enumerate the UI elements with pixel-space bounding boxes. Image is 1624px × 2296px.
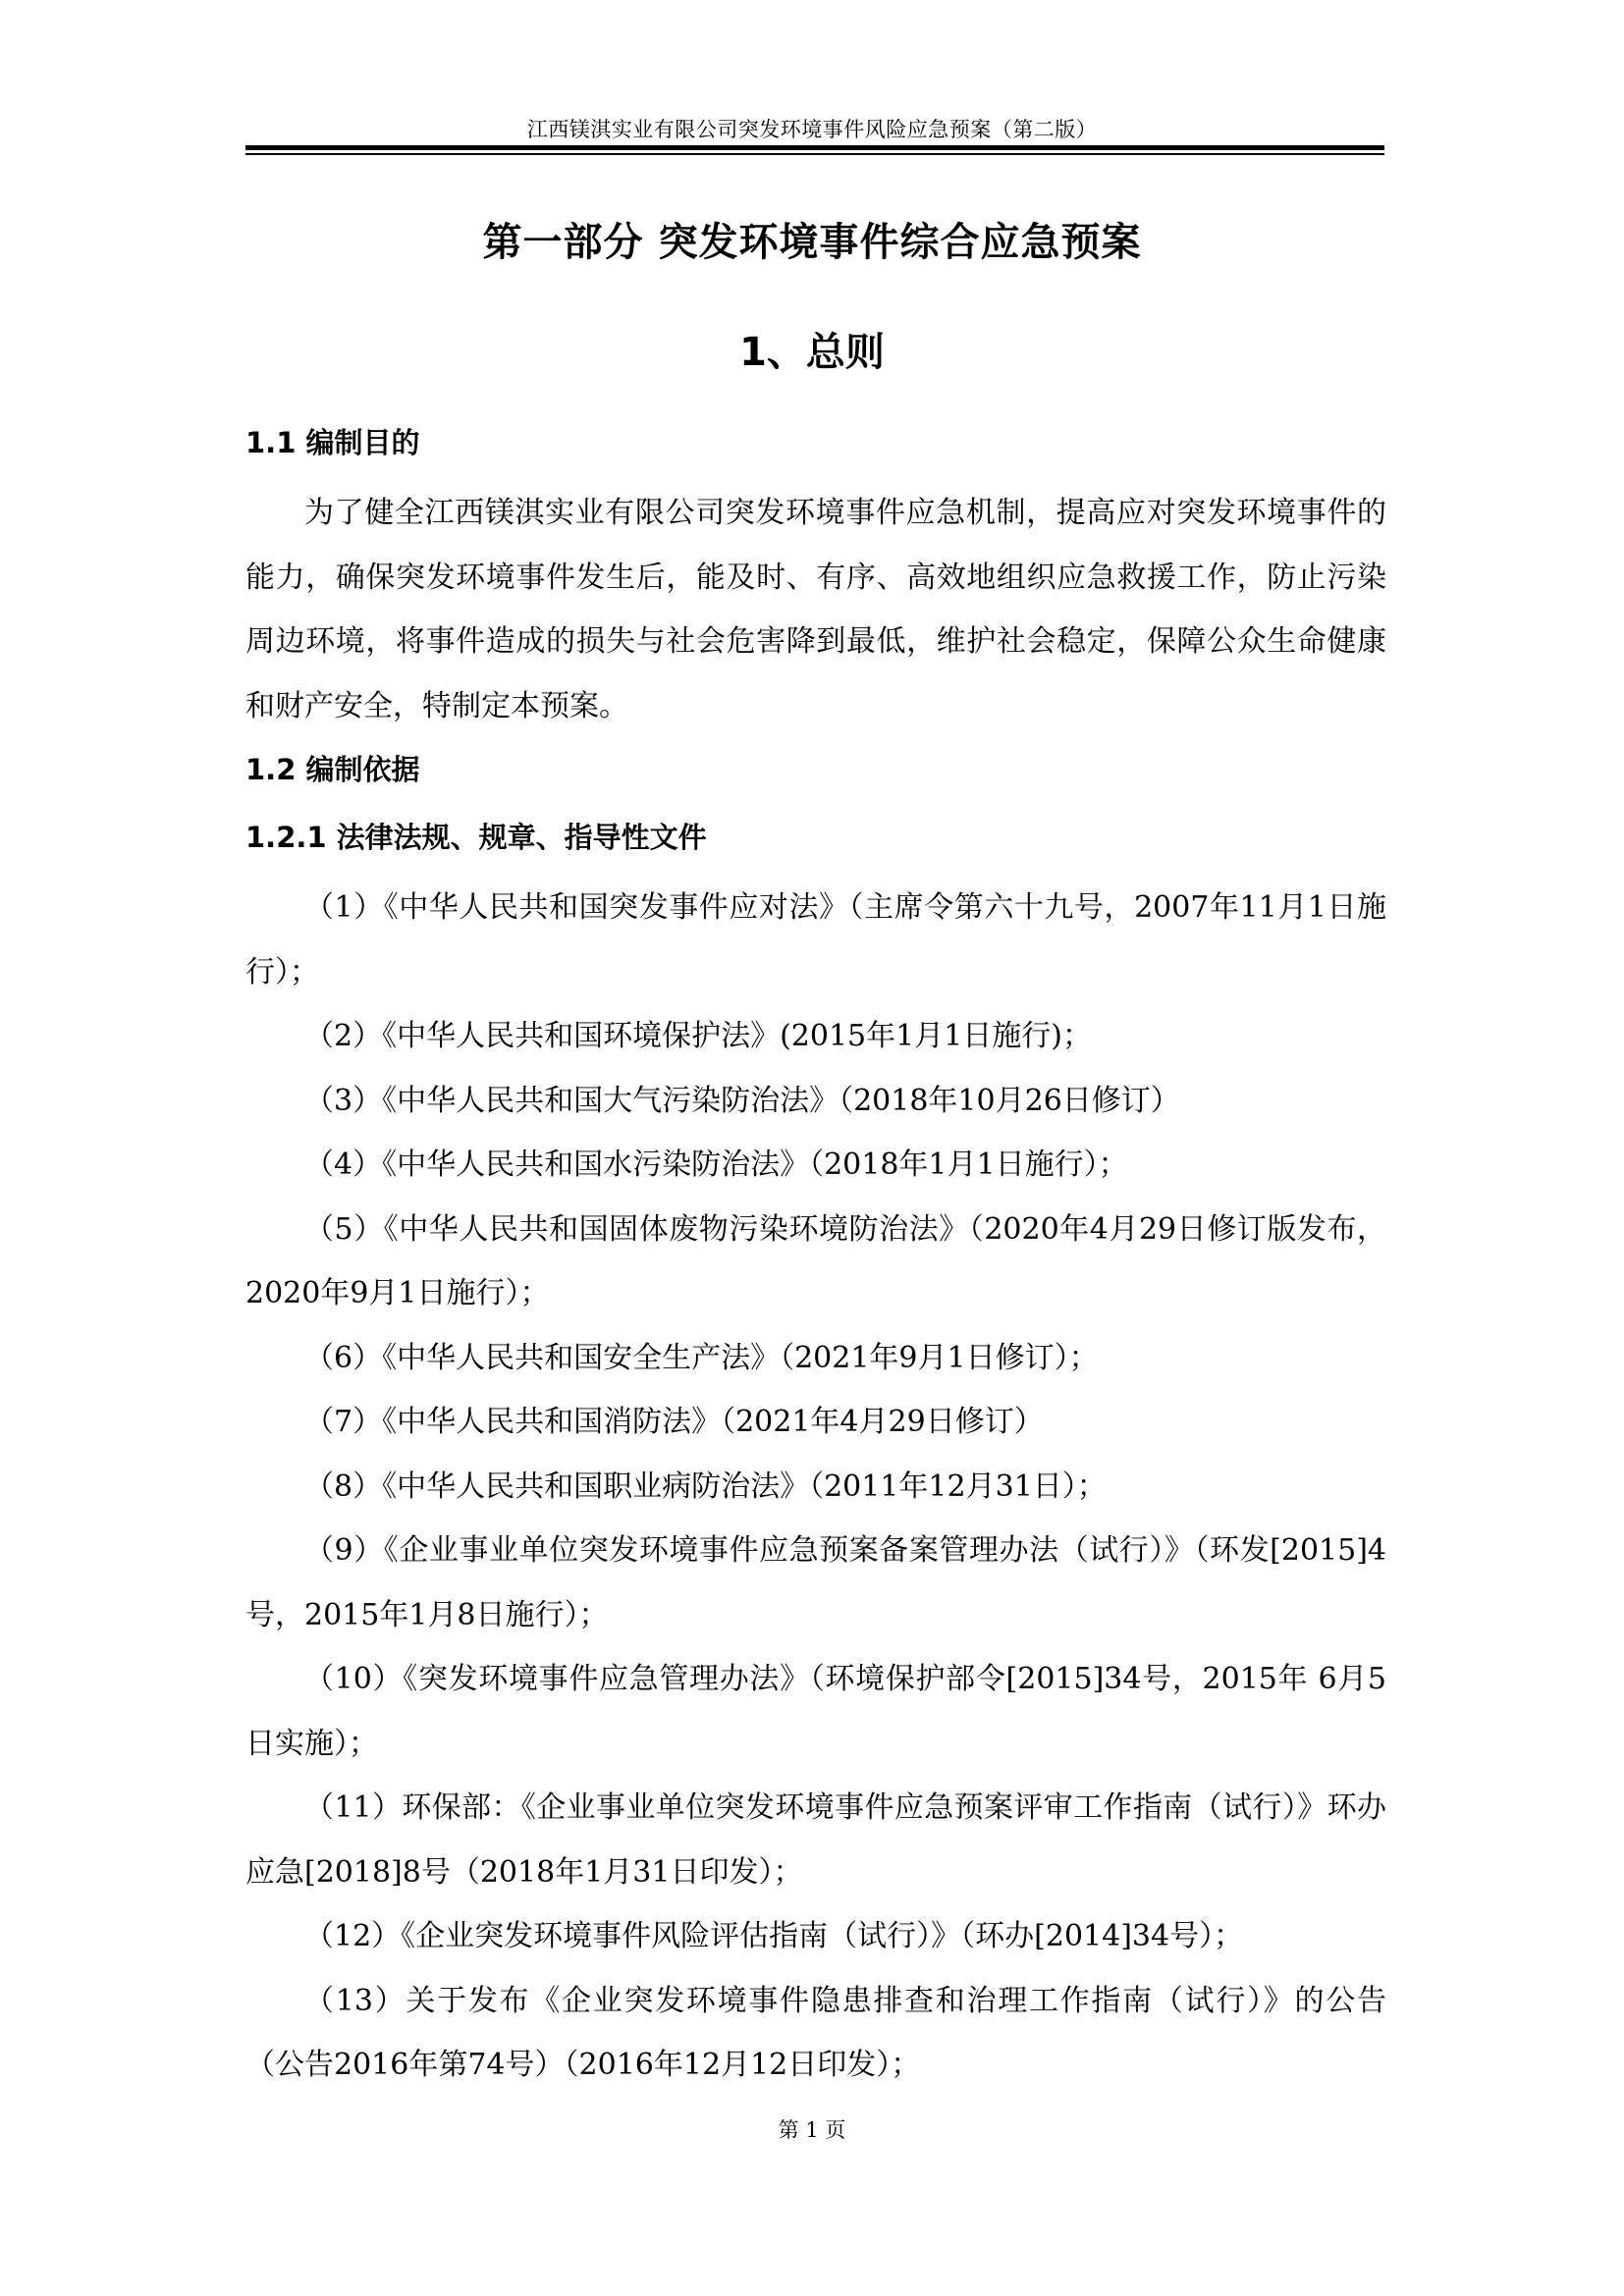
running-header: 江西镁淇实业有限公司突发环境事件风险应急预案（第二版） [0, 114, 1624, 143]
list-item: （4）《中华人民共和国水污染防治法》（2018年1月1日施行）； [245, 1133, 1386, 1198]
page-number: 第 1 页 [0, 2114, 1624, 2144]
section-heading-1-2-1: 1.2.1 法律法规、规章、指导性文件 [245, 812, 1386, 876]
list-item: （2）《中华人民共和国环境保护法》(2015年1月1日施行)； [245, 1004, 1386, 1069]
list-item: （7）《中华人民共和国消防法》（2021年4月29日修订） [245, 1390, 1386, 1455]
list-item: （13）关于发布《企业突发环境事件隐患排查和治理工作指南（试行）》的公告（公告2… [245, 1969, 1386, 2098]
part-title: 第一部分 突发环境事件综合应急预案 [0, 211, 1624, 267]
header-rule-thin [245, 153, 1384, 155]
list-item: （9）《企业事业单位突发环境事件应急预案备案管理办法（试行）》（环发[2015]… [245, 1519, 1386, 1647]
list-item: （5）《中华人民共和国固体废物污染环境防治法》（2020年4月29日修订版发布，… [245, 1198, 1386, 1326]
chapter-title: 1、总则 [0, 321, 1624, 377]
list-item: （12）《企业突发环境事件风险评估指南（试行）》（环办[2014]34号）； [245, 1904, 1386, 1969]
header-rule-thick [245, 145, 1384, 150]
document-page: 江西镁淇实业有限公司突发环境事件风险应急预案（第二版） 第一部分 突发环境事件综… [0, 0, 1624, 2296]
document-body: 1.1 编制目的 为了健全江西镁淇实业有限公司突发环境事件应急机制，提高应对突发… [245, 417, 1386, 2098]
list-item: （3）《中华人民共和国大气污染防治法》（2018年10月26日修订） [245, 1069, 1386, 1134]
list-item: （6）《中华人民共和国安全生产法》（2021年9月1日修订）； [245, 1326, 1386, 1391]
section-heading-1-1: 1.1 编制目的 [245, 417, 1386, 481]
list-item: （10）《突发环境事件应急管理办法》（环境保护部令[2015]34号，2015年… [245, 1647, 1386, 1776]
section-heading-1-2: 1.2 编制依据 [245, 744, 1386, 808]
list-item: （1）《中华人民共和国突发事件应对法》（主席令第六十九号，2007年11月1日施… [245, 876, 1386, 1004]
paragraph-purpose: 为了健全江西镁淇实业有限公司突发环境事件应急机制，提高应对突发环境事件的能力，确… [245, 481, 1386, 738]
list-item: （8）《中华人民共和国职业病防治法》（2011年12月31日）； [245, 1455, 1386, 1520]
list-item: （11）环保部：《企业事业单位突发环境事件应急预案评审工作指南（试行）》环办应急… [245, 1776, 1386, 1904]
